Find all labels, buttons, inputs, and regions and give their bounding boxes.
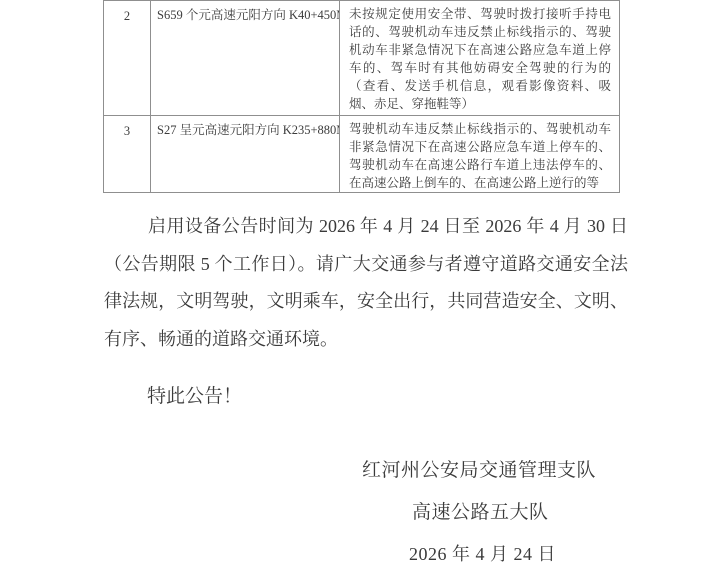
issuer-name: 红河州公安局交通管理支队: [362, 457, 596, 484]
table-row: 3 S27 呈元高速元阳方向 K235+880M 驾驶机动车违反禁止标线指示的、…: [104, 116, 620, 193]
violation-description: 未按规定使用安全带、驾驶时拨打接听手持电话的、驾驶机动车违反禁止标线指示的、驾驶…: [340, 1, 620, 116]
site-location: S659 个元高速元阳方向 K40+450M: [151, 1, 340, 116]
issue-date: 2026 年 4 月 24 日: [409, 541, 556, 567]
violation-description: 驾驶机动车违反禁止标线指示的、驾驶机动车非紧急情况下在高速公路应急车道上停车的、…: [340, 116, 620, 193]
announcement-paragraph: 启用设备公告时间为 2026 年 4 月 24 日至 2026 年 4 月 30…: [104, 208, 628, 358]
announcement-page: 2 S659 个元高速元阳方向 K40+450M 未按规定使用安全带、驾驶时拨打…: [0, 0, 720, 581]
row-index: 2: [104, 1, 151, 116]
site-location: S27 呈元高速元阳方向 K235+880M: [151, 116, 340, 193]
table-row: 2 S659 个元高速元阳方向 K40+450M 未按规定使用安全带、驾驶时拨打…: [104, 1, 620, 116]
issuer-division: 高速公路五大队: [412, 499, 549, 526]
closing-statement: 特此公告！: [147, 383, 242, 411]
enforcement-site-table: 2 S659 个元高速元阳方向 K40+450M 未按规定使用安全带、驾驶时拨打…: [103, 0, 620, 193]
row-index: 3: [104, 116, 151, 193]
